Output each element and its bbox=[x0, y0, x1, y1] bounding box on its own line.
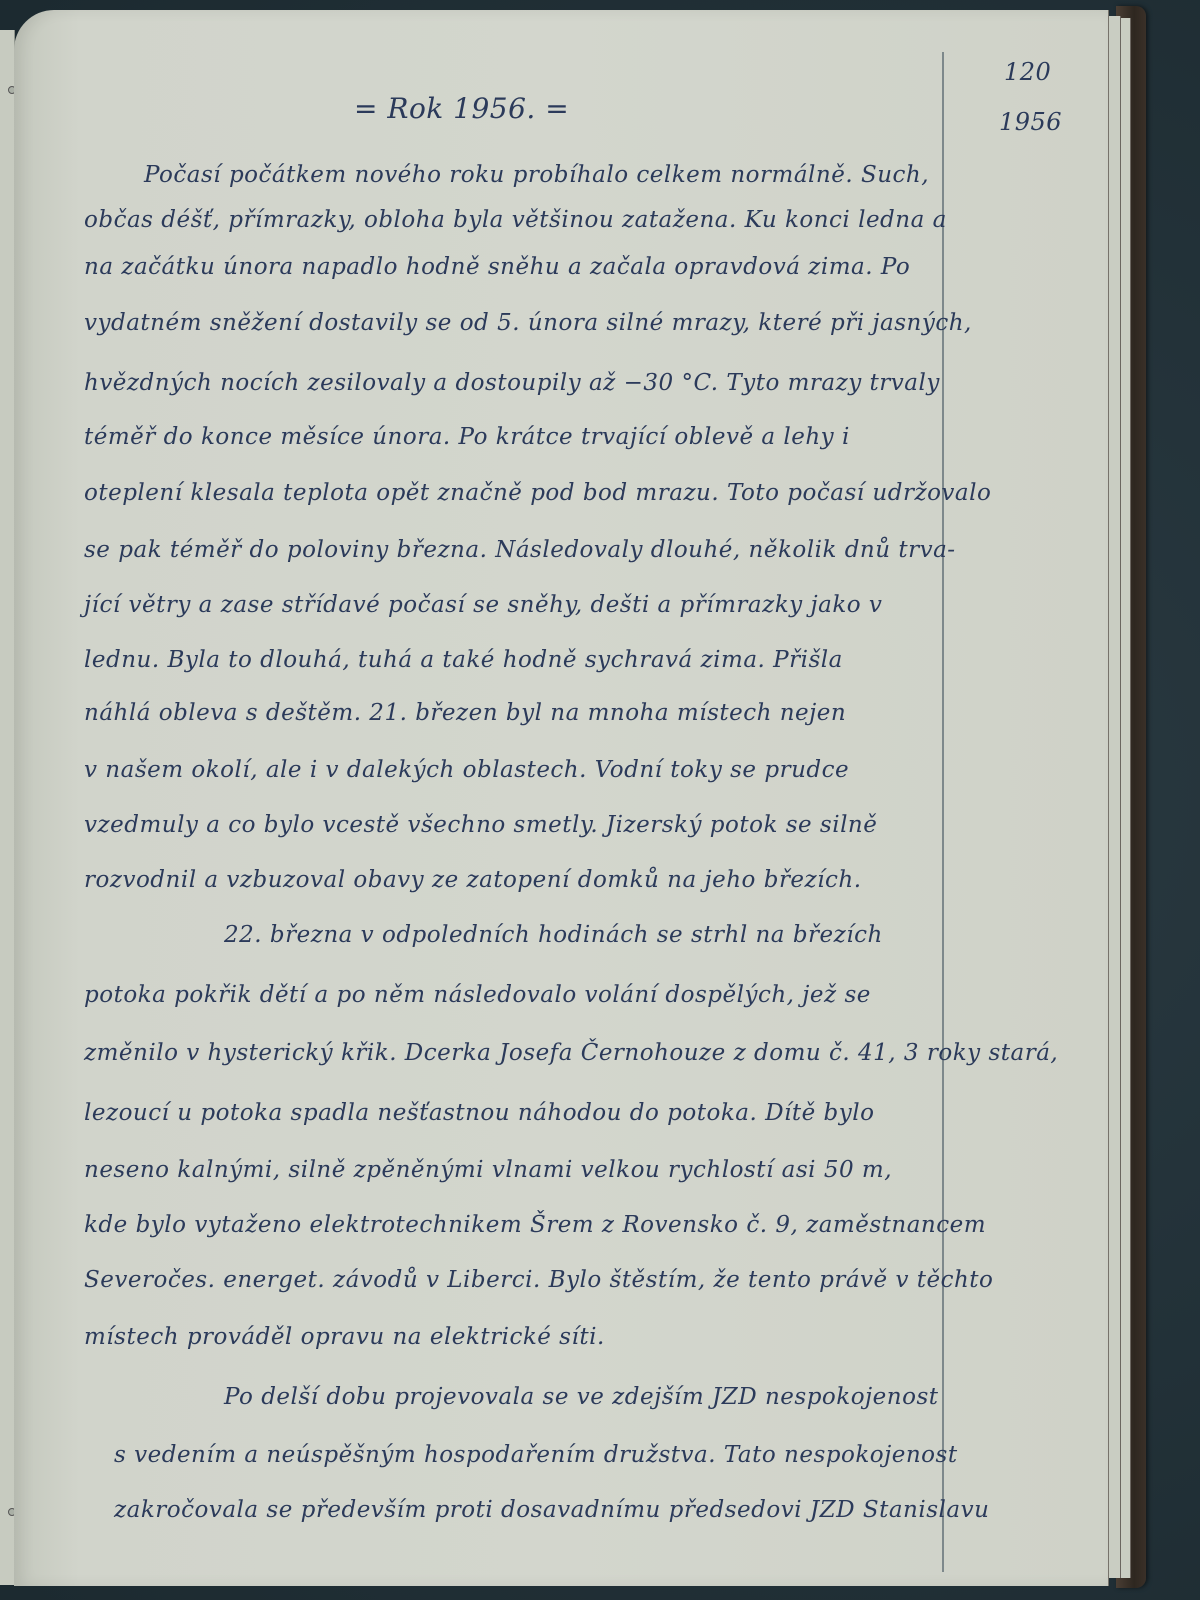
handwritten-line: Počasí počátkem nového roku probíhalo ce… bbox=[144, 160, 929, 190]
previous-page-edge bbox=[0, 30, 15, 1585]
handwritten-line: jící větry a zase střídavé počasí se sně… bbox=[84, 590, 882, 620]
chronicle-page: 120 1956 = Rok 1956. = Počasí počátkem n… bbox=[14, 10, 1109, 1586]
handwritten-line: hvězdných nocích zesilovaly a dostoupily… bbox=[84, 368, 940, 398]
handwritten-line: oteplení klesala teplota opět značně pod… bbox=[84, 478, 991, 508]
handwritten-line: vzedmuly a co bylo vcestě všechno smetly… bbox=[84, 810, 877, 840]
handwritten-line: v našem okolí, ale i v dalekých oblastec… bbox=[84, 755, 849, 785]
scanned-book-spread: 120 1956 = Rok 1956. = Počasí počátkem n… bbox=[0, 0, 1200, 1600]
handwritten-line: vydatném sněžení dostavily se od 5. únor… bbox=[84, 308, 972, 338]
page-number: 120 bbox=[1004, 58, 1051, 86]
handwritten-line: téměř do konce měsíce února. Po krátce t… bbox=[84, 422, 850, 452]
handwritten-line: kde bylo vytaženo elektrotechnikem Šrem … bbox=[84, 1210, 986, 1240]
handwritten-line: místech prováděl opravu na elektrické sí… bbox=[84, 1322, 605, 1352]
handwritten-line: Severočes. energet. závodů v Liberci. By… bbox=[84, 1265, 993, 1295]
handwritten-line: náhlá obleva s deštěm. 21. březen byl na… bbox=[84, 698, 846, 728]
margin-year-note: 1956 bbox=[999, 108, 1062, 136]
handwritten-line: lednu. Byla to dlouhá, tuhá a také hodně… bbox=[84, 645, 843, 675]
handwritten-line: změnilo v hysterický křik. Dcerka Josefa… bbox=[84, 1038, 1058, 1068]
handwritten-line: neseno kalnými, silně zpěněnými vlnami v… bbox=[84, 1155, 892, 1185]
handwritten-line: na začátku února napadlo hodně sněhu a z… bbox=[84, 252, 910, 282]
handwritten-line: občas déšť, přímrazky, obloha byla větši… bbox=[84, 205, 947, 235]
handwritten-line: lezoucí u potoka spadla nešťastnou náhod… bbox=[84, 1098, 874, 1128]
handwritten-line: potoka pokřik dětí a po něm následovalo … bbox=[84, 980, 871, 1010]
page-title: = Rok 1956. = bbox=[354, 92, 569, 125]
handwritten-line: s vedením a neúspěšným hospodařením druž… bbox=[114, 1440, 958, 1470]
handwritten-line: rozvodnil a vzbuzoval obavy ze zatopení … bbox=[84, 865, 862, 895]
handwritten-line: 22. března v odpoledních hodinách se str… bbox=[224, 920, 883, 950]
handwritten-line: Po delší dobu projevovala se ve zdejším … bbox=[224, 1382, 939, 1412]
handwritten-line: zakročovala se především proti dosavadní… bbox=[114, 1495, 989, 1525]
handwritten-line: se pak téměř do poloviny března. Následo… bbox=[84, 535, 956, 565]
margin-rule bbox=[942, 52, 944, 1572]
